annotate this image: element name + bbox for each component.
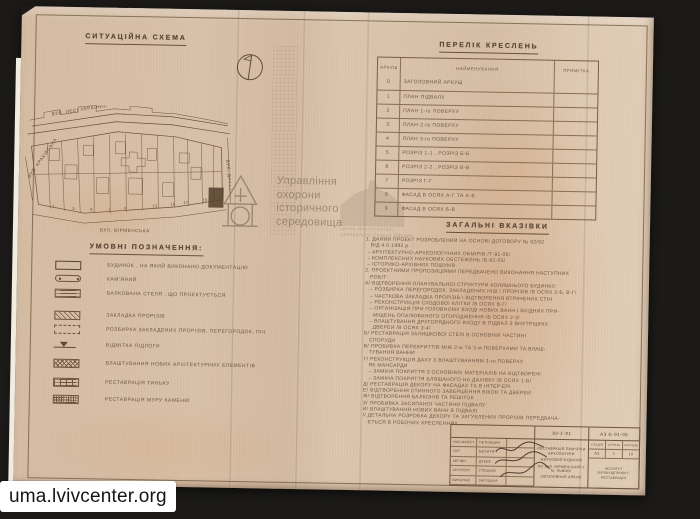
person-signature-cell (507, 439, 534, 448)
drawing-sheet-no: 1 (377, 91, 399, 104)
legend-label: КАМ'ЯНИЙ (107, 277, 137, 284)
general-notes: 1. ДАНИЙ ПРОЕКТ РОЗРОБЛЕНИЙ НА ОСНОВІ ДО… (362, 236, 621, 430)
drawing-sheet-no: 4 (377, 133, 399, 146)
stamp-blank-cell (451, 425, 535, 439)
legend-label: БАЛКОВАНА СТЕЛЯ , ЩО ПРОЕКТУЄТЬСЯ (107, 291, 226, 299)
project-line: ПО ВУЛ. ВІРМЕНСЬКІЙ У М. ЛЬВОВІ (537, 464, 586, 474)
person-role: ГАП (451, 447, 477, 456)
legend-label: БУДИНОК , НА ЯКИЙ ВИКОНАНО ДОКУМЕНТАЦІЮ (107, 263, 248, 272)
person-name: ПЕТРИШИН (477, 438, 507, 447)
person-signature-cell (506, 477, 533, 486)
scan-edge (8, 58, 21, 482)
wm-line: середовища (276, 215, 343, 230)
legend-label: ЗАКЛАДКА ПРОРІЗІВ (106, 313, 165, 320)
drawing-note (551, 206, 595, 220)
stamp-project-title: РЕСТАВРАЦІЯ ПАМ'ЯТКИ АРХІТЕКТУРИЖИТЛОВИЙ… (534, 439, 589, 487)
title-block: 92-1-91 АЗ Є-91-05 НАЧ.МАЙСТ.ПЕТРИШИНГАП… (449, 424, 640, 489)
person-role: НАЧ.МАЙСТ. (451, 438, 477, 447)
legend-swatch-outline (55, 261, 81, 270)
drawing-note (552, 136, 596, 150)
archive-watermark: Центр міської історії Центрально-Східної… (340, 180, 414, 239)
drawing-note (553, 108, 597, 122)
col-note: ПРИМІТКА (554, 61, 598, 80)
legend-swatch-cross (53, 359, 79, 368)
notes-text: 1. ДАНИЙ ПРОЕКТ РОЗРОБЛЕНИЙ НА ОСНОВІ ДО… (362, 236, 621, 430)
legend-item: БАЛКОВАНА СТЕЛЯ , ЩО ПРОЕКТУЄТЬСЯ (53, 289, 333, 306)
sheets-label: АРКУШІВ (623, 441, 639, 449)
wm-line: охорони (276, 188, 343, 203)
stamp-organization: ІНСТИТУТУКРЗАХІДПРОЕКТ-РЕСТАВРАЦІЯ (588, 458, 639, 488)
map-title: СИТУАЦІЙНА СХЕМА (85, 33, 186, 46)
house-number: 5 (90, 207, 93, 212)
drawing-name: ФАСАД В ОСЯХ Б-В (397, 203, 551, 219)
notes-title: ЗАГАЛЬНІ ВКАЗІВКИ (446, 222, 549, 235)
stamp-person-row: ВИКОНАВЗАЛУЦЬКА (450, 475, 533, 486)
archive-url-text: uma.lvivcenter.org (9, 486, 167, 508)
drawing-sheet: СИТУАЦІЙНА СХЕМА ПЕРЕЛІК КРЕСЛЕНЬ УМОВНІ… (13, 6, 654, 496)
person-role: АРХІТЕКТ. (450, 466, 476, 475)
person-name: СТЕЦЬКО (476, 467, 506, 476)
house-number: 17 (183, 200, 188, 205)
drawing-sheet-no: 2 (377, 105, 399, 118)
legend-item: ВІДМІТКА ПІДЛОГИ (52, 341, 332, 358)
col-sheet: АРКУШ (378, 58, 400, 76)
drawing-note (553, 79, 597, 94)
legend-swatch-diag (54, 311, 80, 320)
project-line: ЗАГОЛОВНИЙ АРКУШ (536, 475, 585, 480)
tower-logo-icon (214, 174, 267, 233)
drawing-note (552, 178, 596, 192)
drawing-note (553, 122, 597, 136)
legend-label: ВЛАШТУВАННЯ НОВИХ АРХІТЕКТУРНИХ ЕЛЕМЕНТІ… (105, 361, 255, 370)
person-role: ВИКОНАВ (450, 475, 476, 484)
house-number: 15 (170, 202, 175, 207)
drawings-list-title: ПЕРЕЛІК КРЕСЛЕНЬ (439, 42, 538, 55)
person-signature-cell (506, 467, 533, 476)
legend-swatch-brick (53, 378, 79, 387)
sheets-value: 10 (623, 450, 639, 458)
sheet-value: 1 (606, 450, 623, 458)
street-label-bottom: ВУЛ. ВІРМЕНСЬКА (100, 227, 150, 233)
stamp-code-right: АЗ Є-91-05 (589, 427, 639, 440)
legend-swatch-dashed (54, 325, 80, 334)
house-number: 7 (108, 208, 111, 213)
legend-item: РЕСТАВРАЦІЯ ТИНЬКУ (51, 378, 331, 395)
legend-label: РОЗБИРКА ЗАКЛАДЕНИХ ПРОРІЗІВ, ПЕРЕГОРОДО… (106, 327, 266, 336)
heritage-office-watermark: Управління охорони історичного середовищ… (214, 174, 343, 234)
person-signature-cell (507, 448, 534, 457)
street-label-top: ВУЛ. ЛЕСІ УКРАЇНКИ (51, 104, 107, 116)
person-name: ДУБИК (477, 457, 507, 466)
archive-url-badge: uma.lvivcenter.org (0, 481, 176, 512)
legend-swatch-pill (55, 275, 81, 282)
drawing-note (551, 192, 595, 206)
legend-swatch-hlines (55, 289, 81, 298)
project-line: ЖИТЛОВИЙ БУДИНОК (537, 458, 586, 463)
legend-title: УМОВНІ ПОЗНАЧЕННЯ: (89, 243, 203, 256)
person-name: ЗАЛУЦЬКА (476, 476, 506, 485)
drawing-note (552, 164, 596, 178)
watermark-text: Управління охорони історичного середовищ… (276, 175, 343, 234)
wm-line: Управління (277, 175, 344, 190)
drawing-sheet-no: 3 (377, 119, 399, 132)
drawing-note (552, 150, 596, 164)
project-line: РЕСТАВРАЦІЯ ПАМ'ЯТКИ АРХІТЕКТУРИ (537, 447, 586, 457)
legend-label: РЕСТАВРАЦІЯ ТИНЬКУ (105, 380, 170, 387)
wm-line: історичного (276, 202, 343, 217)
stamp-sheet-grid: СТАДІЯ АРКУШ АРКУШІВ АЗ 1 10 ІНСТИТУТУКР… (588, 440, 639, 488)
dome-silhouette-icon (340, 180, 405, 227)
legend-item: РОЗБИРКА ЗАКЛАДЕНИХ ПРОРІЗІВ, ПЕРЕГОРОДО… (52, 325, 332, 342)
house-number: 3 (72, 206, 75, 211)
house-number: 19 (202, 197, 207, 202)
legend-swatch-grid (53, 395, 79, 404)
drawing-name: ЗАГОЛОВНИЙ АРКУШ (400, 76, 554, 93)
org-line: РЕСТАВРАЦІЯ (601, 475, 626, 480)
drawing-sheet-no: 6 (376, 161, 398, 174)
stamp-signature-table: НАЧ.МАЙСТ.ПЕТРИШИНГАПМОГИТИЧКЕРІВН.ДУБИК… (450, 438, 535, 487)
legend: БУДИНОК , НА ЯКИЙ ВИКОНАНО ДОКУМЕНТАЦІЮК… (50, 261, 343, 426)
legend-label: ВІДМІТКА ПІДЛОГИ (106, 343, 160, 350)
legend-item: ВЛАШТУВАННЯ НОВИХ АРХІТЕКТУРНИХ ЕЛЕМЕНТІ… (51, 359, 331, 376)
legend-label: РЕСТАВРАЦІЯ МУРУ КАМЕНЮ (105, 397, 190, 405)
sheet-label: АРКУШ (606, 441, 623, 449)
person-signature-cell (507, 458, 534, 467)
sheet-corner-fold (21, 5, 37, 16)
stage-value: АЗ (589, 449, 606, 457)
drawing-sheet-no: 0 (378, 76, 400, 90)
legend-swatch-mark (54, 341, 80, 350)
situation-map: ВУЛ. ЛЕСІ УКРАЇНКИ ВУЛ. ВІРМЕНСЬКА ВУЛ. … (24, 104, 232, 238)
drawing-note (553, 94, 597, 108)
house-number: 13 (152, 203, 157, 208)
scanned-drawing-viewer: СИТУАЦІЙНА СХЕМА ПЕРЕЛІК КРЕСЛЕНЬ УМОВНІ… (0, 0, 700, 519)
street-label-left: ВУЛ. КРАКІВСЬКА (27, 137, 59, 179)
stage-label: СТАДІЯ (589, 440, 606, 448)
person-name: МОГИТИЧ (477, 448, 507, 457)
stamp-code-mid: 92-1-91 (535, 426, 589, 439)
north-compass-icon (235, 52, 266, 83)
legend-item: РЕСТАВРАЦІЯ МУРУ КАМЕНЮ (51, 395, 331, 412)
house-number: 1 (52, 204, 55, 209)
drawing-sheet-no: 5 (376, 147, 398, 160)
person-role: КЕРІВН. (451, 457, 477, 466)
